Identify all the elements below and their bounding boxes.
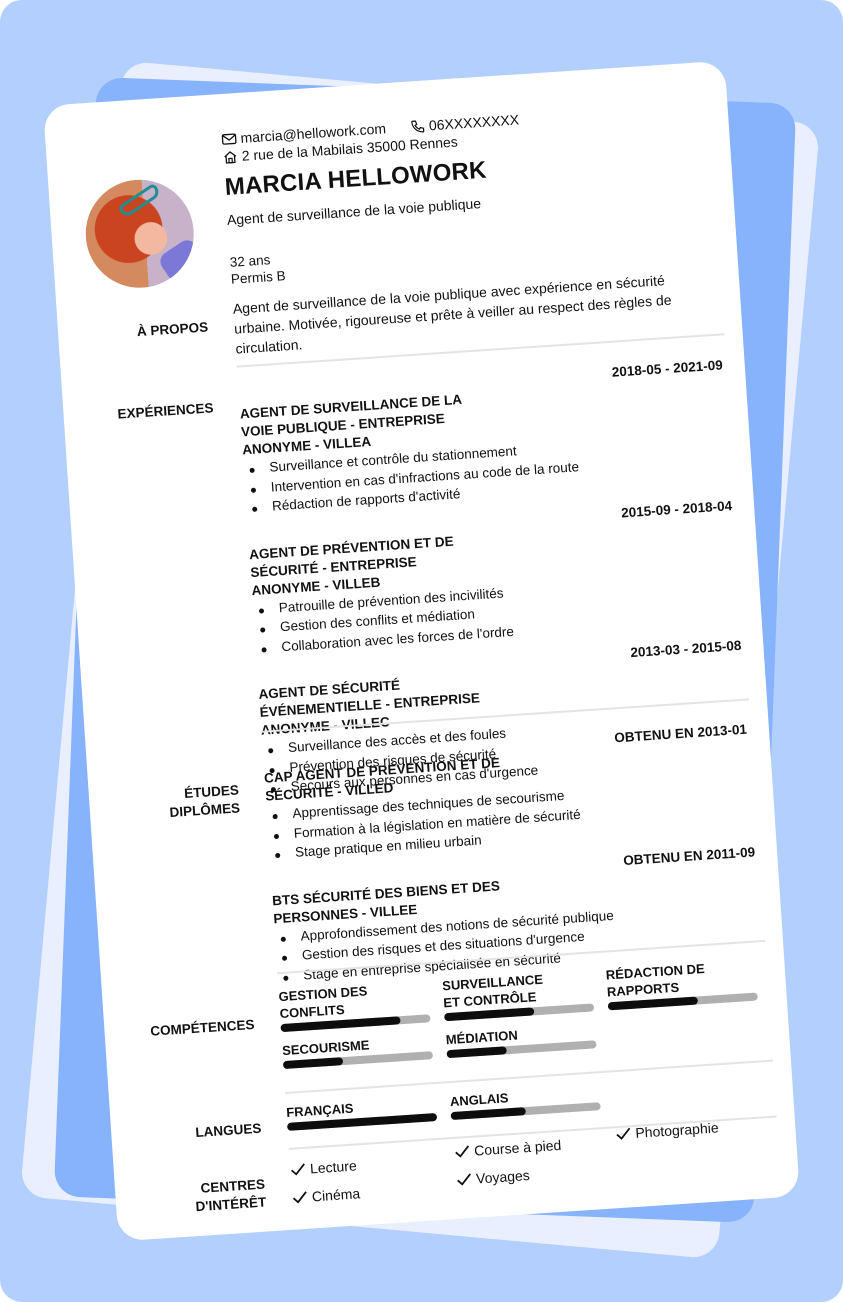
check-icon [291,1190,308,1205]
resume-card: marcia@hellowork.com 06XXXXXXXX 2 rue de… [43,61,800,1242]
skill-label: GESTION DES CONFLITS [278,980,400,1022]
interest-item: Lecture [290,1151,456,1178]
interest-label: Voyages [476,1167,531,1187]
skill-item: SURVEILLANCE ET CONTRÔLE [442,967,607,1022]
glasses-detail [117,183,161,219]
section-title-about: À PROPOS [58,318,209,346]
interests-grid: LectureCourse à piedPhotographieCinémaVo… [290,1130,777,1206]
section-title-skills: COMPÉTENCES [104,1016,255,1044]
section-title-education: ÉTUDES DIPLÔMES [89,781,241,827]
check-icon [456,1172,473,1187]
interest-label: Lecture [310,1157,358,1176]
section-title-interests: CENTRES D'INTÉRÊT [115,1176,267,1222]
section-experiences: EXPÉRIENCES 2018-05 - 2021-09AGENT DE SU… [63,360,744,405]
experience-dates: 2015-09 - 2018-04 [621,498,733,520]
skill-item: GESTION DES CONFLITS [278,978,443,1033]
skill-label: RÉDACTION DE RAPPORTS [605,959,727,1001]
about-text: Agent de surveillance de la voie publiqu… [232,267,720,359]
interest-label: Course à pied [474,1137,562,1159]
skill-level-fill [283,1057,343,1069]
language-item: ANGLAIS [449,1082,612,1120]
envelope-icon [221,131,237,147]
language-item: FRANÇAIS [286,1093,449,1131]
check-icon [615,1126,632,1141]
experience-entry: 2018-05 - 2021-09AGENT DE SURVEILLANCE D… [239,361,731,517]
phone-icon [409,118,425,134]
skill-label: SURVEILLANCE ET CONTRÔLE [442,969,564,1011]
interest-label: Photographie [635,1119,719,1140]
check-icon [290,1162,307,1177]
skill-item: MÉDIATION [445,1021,608,1059]
page-background: marcia@hellowork.com 06XXXXXXXX 2 rue de… [0,0,843,1302]
job-title: Agent de surveillance de la voie publiqu… [226,195,481,228]
experience-dates: 2013-03 - 2015-08 [630,638,742,660]
experience-entry: 2015-09 - 2018-04AGENT DE PRÉVENTION ET … [248,502,740,658]
education-dates: OBTENU EN 2011-09 [623,844,756,868]
section-title-experiences: EXPÉRIENCES [63,399,214,427]
home-icon [222,149,238,165]
avatar [82,176,197,291]
interest-item: Cinéma [291,1179,457,1206]
section-title-languages: LANGUES [111,1120,262,1148]
experience-dates: 2018-05 - 2021-09 [611,357,723,379]
skill-item: RÉDACTION DE RAPPORTS [605,956,770,1011]
candidate-name: MARCIA HELLOWORK [224,157,488,202]
skill-level-fill [447,1046,507,1058]
personal-details: 32 ans Permis B [229,250,286,288]
license-text: Permis B [230,267,286,288]
interest-item: Photographie [614,1102,779,1157]
skill-item: SECOURISME [282,1031,445,1069]
interest-label: Cinéma [311,1185,360,1204]
shirt-detail [157,236,198,283]
check-icon [454,1144,471,1159]
